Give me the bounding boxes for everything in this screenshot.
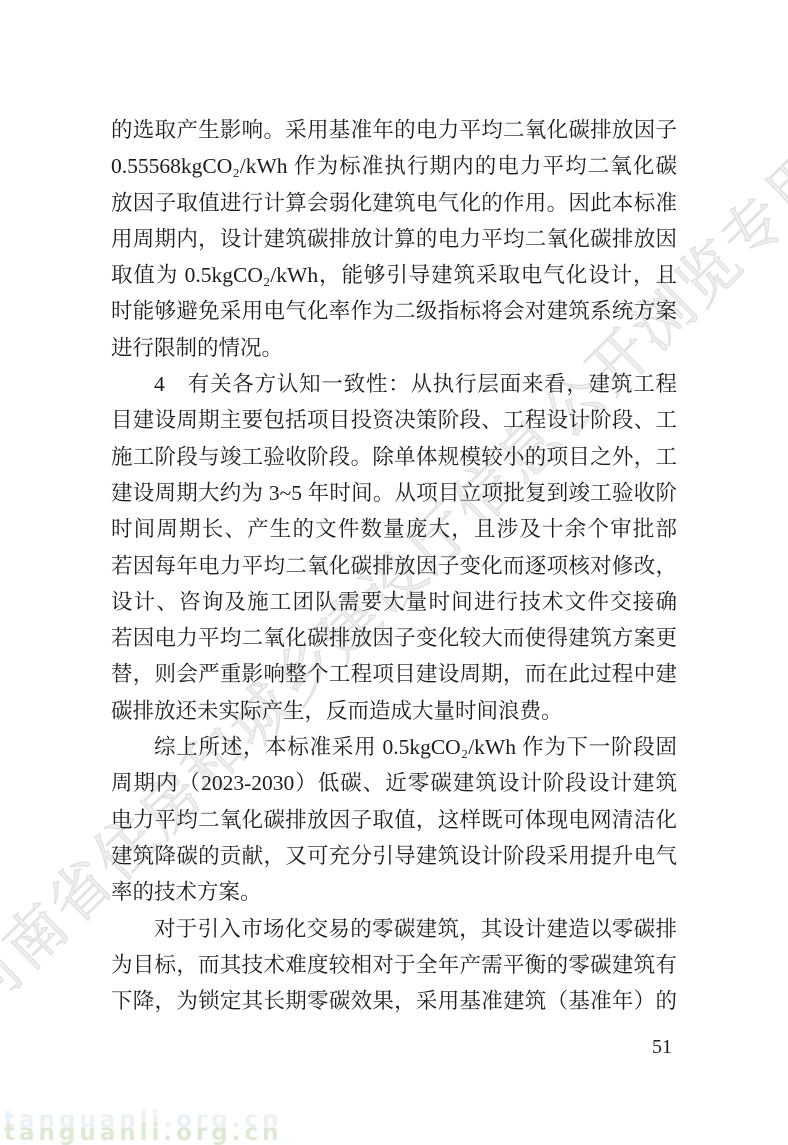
document-page: 河南省住房和城乡建设厅信息公开浏览专用 的选取产生影响。采用基准年的电力平均二氧…: [0, 0, 788, 1145]
text-line: 电力平均二氧化碳排放因子取值，这样既可体现电网清洁化对: [111, 802, 677, 838]
text-line: 周期内（2023-2030）低碳、近零碳建筑设计阶段设计建筑的: [111, 765, 677, 801]
text-line: 建筑降碳的贡献，又可充分引导建筑设计阶段采用提升电气化: [111, 838, 677, 874]
text-line: 碳排放还未实际产生，反而造成大量时间浪费。: [111, 693, 677, 729]
text-line: 下降，为锁定其长期零碳效果，采用基准建筑（基准年）的电: [111, 983, 677, 1019]
text-line: 施工阶段与竣工验收阶段。除单体规模较小的项目之外，工程: [111, 439, 677, 475]
page-number: 51: [652, 1036, 672, 1059]
text-line: 的选取产生影响。采用基准年的电力平均二氧化碳排放因子: [111, 112, 677, 148]
text-line: 放因子取值进行计算会弱化建筑电气化的作用。因此本标准使: [111, 185, 677, 221]
text-line: 0.55568kgCO₂/kWh 作为标准执行期内的电力平均二氧化碳排: [111, 148, 677, 184]
text-line: 时间周期长、产生的文件数量庞大，且涉及十余个审批部门，: [111, 511, 677, 547]
text-line: 进行限制的情况。: [111, 330, 677, 366]
text-line: 4 有关各方认知一致性：从执行层面来看，建筑工程项: [111, 366, 677, 402]
text-line: 对于引入市场化交易的零碳建筑，其设计建造以零碳排放: [111, 911, 677, 947]
body-text: 的选取产生影响。采用基准年的电力平均二氧化碳排放因子 0.55568kgCO₂/…: [111, 112, 677, 1019]
text-line: 率的技术方案。: [111, 874, 677, 910]
text-line: 为目标，而其技术难度较相对于全年产需平衡的零碳建筑有所: [111, 947, 677, 983]
text-line: 设计、咨询及施工团队需要大量时间进行技术文件交接确认，: [111, 584, 677, 620]
text-line: 建设周期大约为 3~5 年时间。从项目立项批复到竣工验收阶段: [111, 475, 677, 511]
text-line: 取值为 0.5kgCO₂/kWh，能够引导建筑采取电气化设计，且同: [111, 257, 677, 293]
text-line: 若因每年电力平均二氧化碳排放因子变化而逐项核对修改，各: [111, 548, 677, 584]
text-line: 时能够避免采用电气化率作为二级指标将会对建筑系统方案: [111, 293, 677, 329]
text-line: 综上所述，本标准采用 0.5kgCO₂/kWh 作为下一阶段固定: [111, 729, 677, 765]
text-line: 替，则会严重影响整个工程项目建设周期，而在此过程中建筑: [111, 656, 677, 692]
text-line: 若因电力平均二氧化碳排放因子变化较大而使得建筑方案更: [111, 620, 677, 656]
text-line: 用周期内，设计建筑碳排放计算的电力平均二氧化碳排放因子: [111, 221, 677, 257]
site-watermark: tanguanli.org.cn: [4, 1120, 282, 1145]
site-watermark-faint: tanguanli.org.cn: [4, 1107, 282, 1133]
text-line: 目建设周期主要包括项目投资决策阶段、工程设计阶段、工程: [111, 402, 677, 438]
